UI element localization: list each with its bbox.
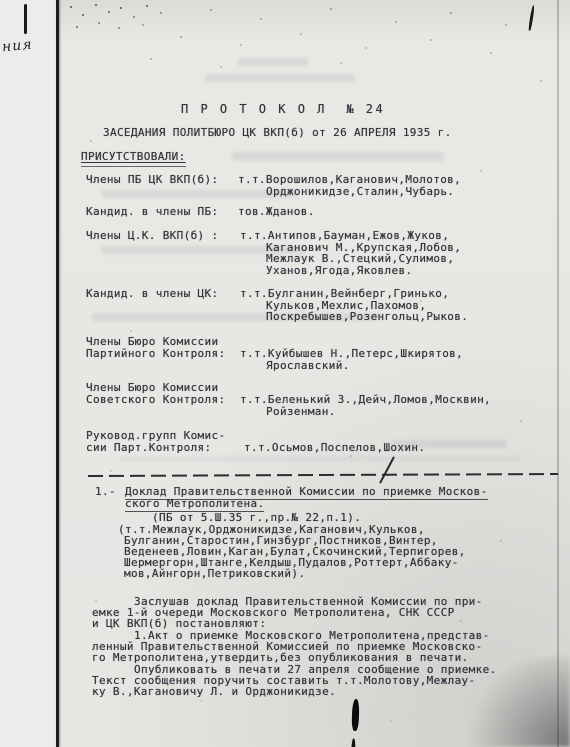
bleed-through-line [205,74,355,82]
dashed-divider [88,473,558,477]
document-page: ния П Р О Т О К О Л № 24 ЗАСЕДАНИЯ ПОЛИТ… [0,0,570,747]
speckle-noise [0,0,2,2]
attendee-label-line: Партийного Контроля: [86,348,225,360]
agenda-item-number: 1.- [95,486,116,498]
agenda-body-line: ку В.,Кагановичу Л. и Орджоникидзе. [92,686,336,698]
scanner-margin-strip [0,0,56,747]
attendee-value-line: Ройзенман. [266,406,336,418]
pen-stroke-top-right [528,5,535,31]
left-scan-border [56,0,59,747]
agenda-participants-line: мов,Айнгорн,Петриковский). [124,568,305,580]
attendee-label-line: Кандид. в члены ЦК: [86,288,218,300]
attendee-value-line: Орджоникидзе,Сталин,Чубарь. [266,186,454,198]
ink-mark [351,699,359,731]
protocol-title: П Р О Т О К О Л № 24 [181,103,385,115]
bleed-through-line [238,58,308,66]
present-heading: ПРИСУТСТВОВАЛИ: [81,151,186,167]
attendee-label-line: Члены ПБ ЦК ВКП(б): [86,174,218,186]
bleed-through-line [232,152,444,161]
attendee-label-line: Кандид. в члены ПБ: [86,206,218,218]
attendee-value-line: т.т.Осьмов,Поспелов,Шохин. [244,442,425,454]
bleed-through-line [120,456,520,461]
attendee-label-line: Члены Ц.К. ВКП(б) : [86,230,218,242]
scan-smudge [460,657,570,747]
attendee-value-line: тов.Жданов. [238,206,315,218]
right-scan-edge [557,0,559,747]
attendee-value-line: Уханов,Ягода,Яковлев. [266,265,412,277]
agenda-item-title-line: ского Метрополитена. [125,498,264,512]
attendee-label-line: Советского Контроля: [86,394,225,406]
protocol-subtitle: ЗАСЕДАНИЯ ПОЛИТБЮРО ЦК ВКП(б) от 26 АПРЕ… [103,127,452,139]
attendee-value-line: Ярославский. [266,360,350,372]
attendee-label-line: сии Парт.Контроля: [86,442,212,454]
pen-stroke-top-left [24,4,27,34]
handwritten-note: ния [1,37,33,56]
attendee-value-line: Поскребышев,Розенгольц,Рыков. [266,311,468,323]
